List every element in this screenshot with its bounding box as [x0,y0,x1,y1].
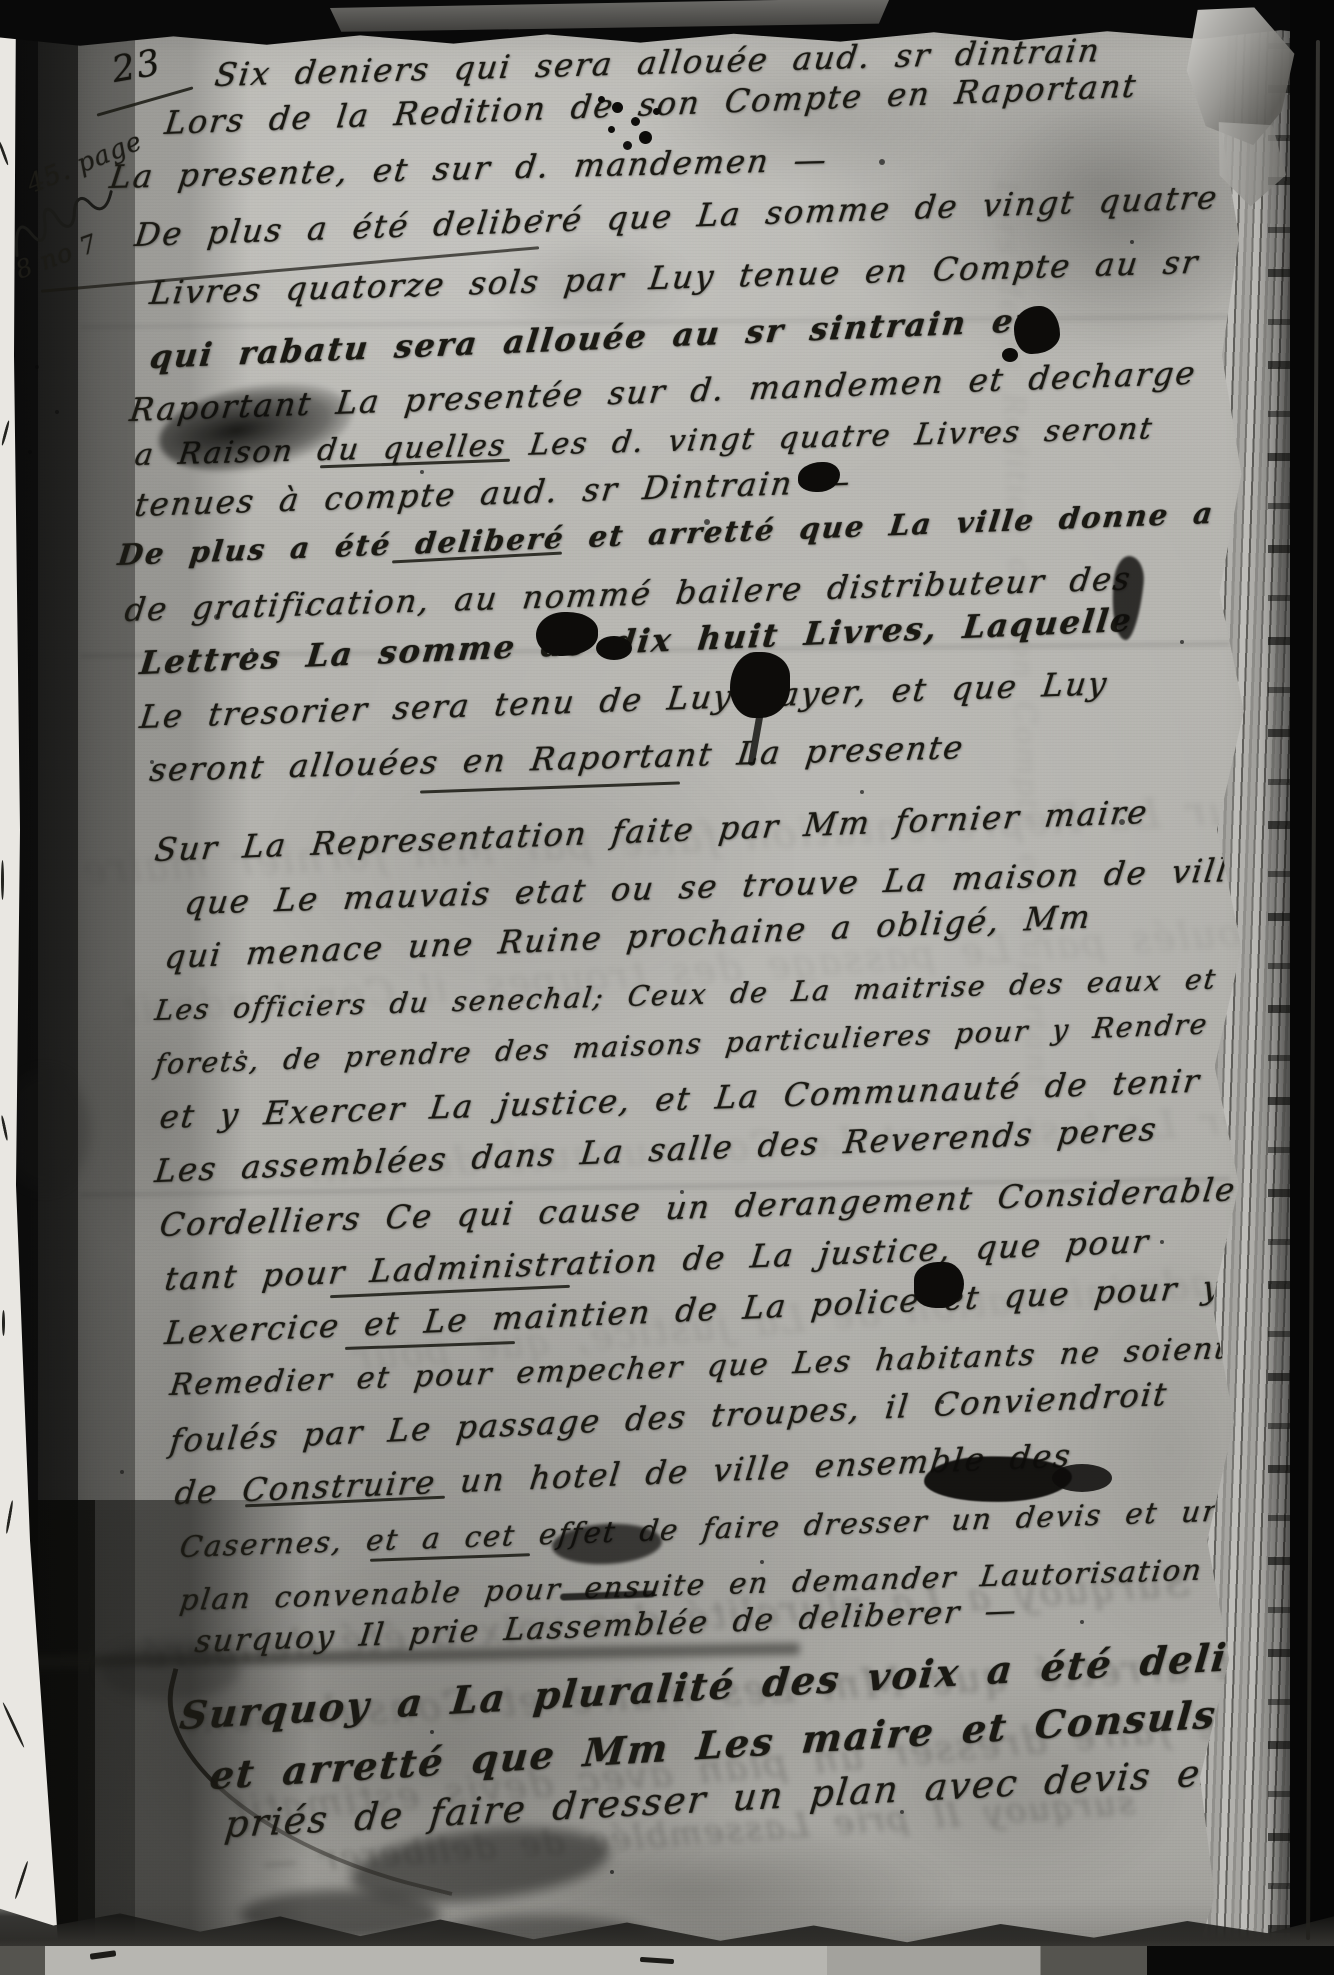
ink-blot [730,652,790,718]
page-number: 23 [109,42,165,91]
facing-page-fragment [1,420,11,446]
ink-blot [1052,1464,1112,1492]
manuscript-scan: Sur La Representation faite par Mm forni… [0,0,1334,1975]
facing-page-fragment [1,860,4,900]
ink-blot [596,636,632,660]
facing-page-fragment [2,1310,5,1336]
ink-blot [914,1262,964,1308]
ink-dot-cluster [598,96,605,103]
facing-page-fragment [14,1861,29,1900]
facing-page-fragment [5,1500,14,1534]
facing-page-fragment [0,1115,8,1141]
facing-page-fragment [2,1702,26,1749]
ink-blot [1002,348,1018,362]
facing-page-fragment [0,140,9,165]
ink-blot [1014,306,1060,354]
